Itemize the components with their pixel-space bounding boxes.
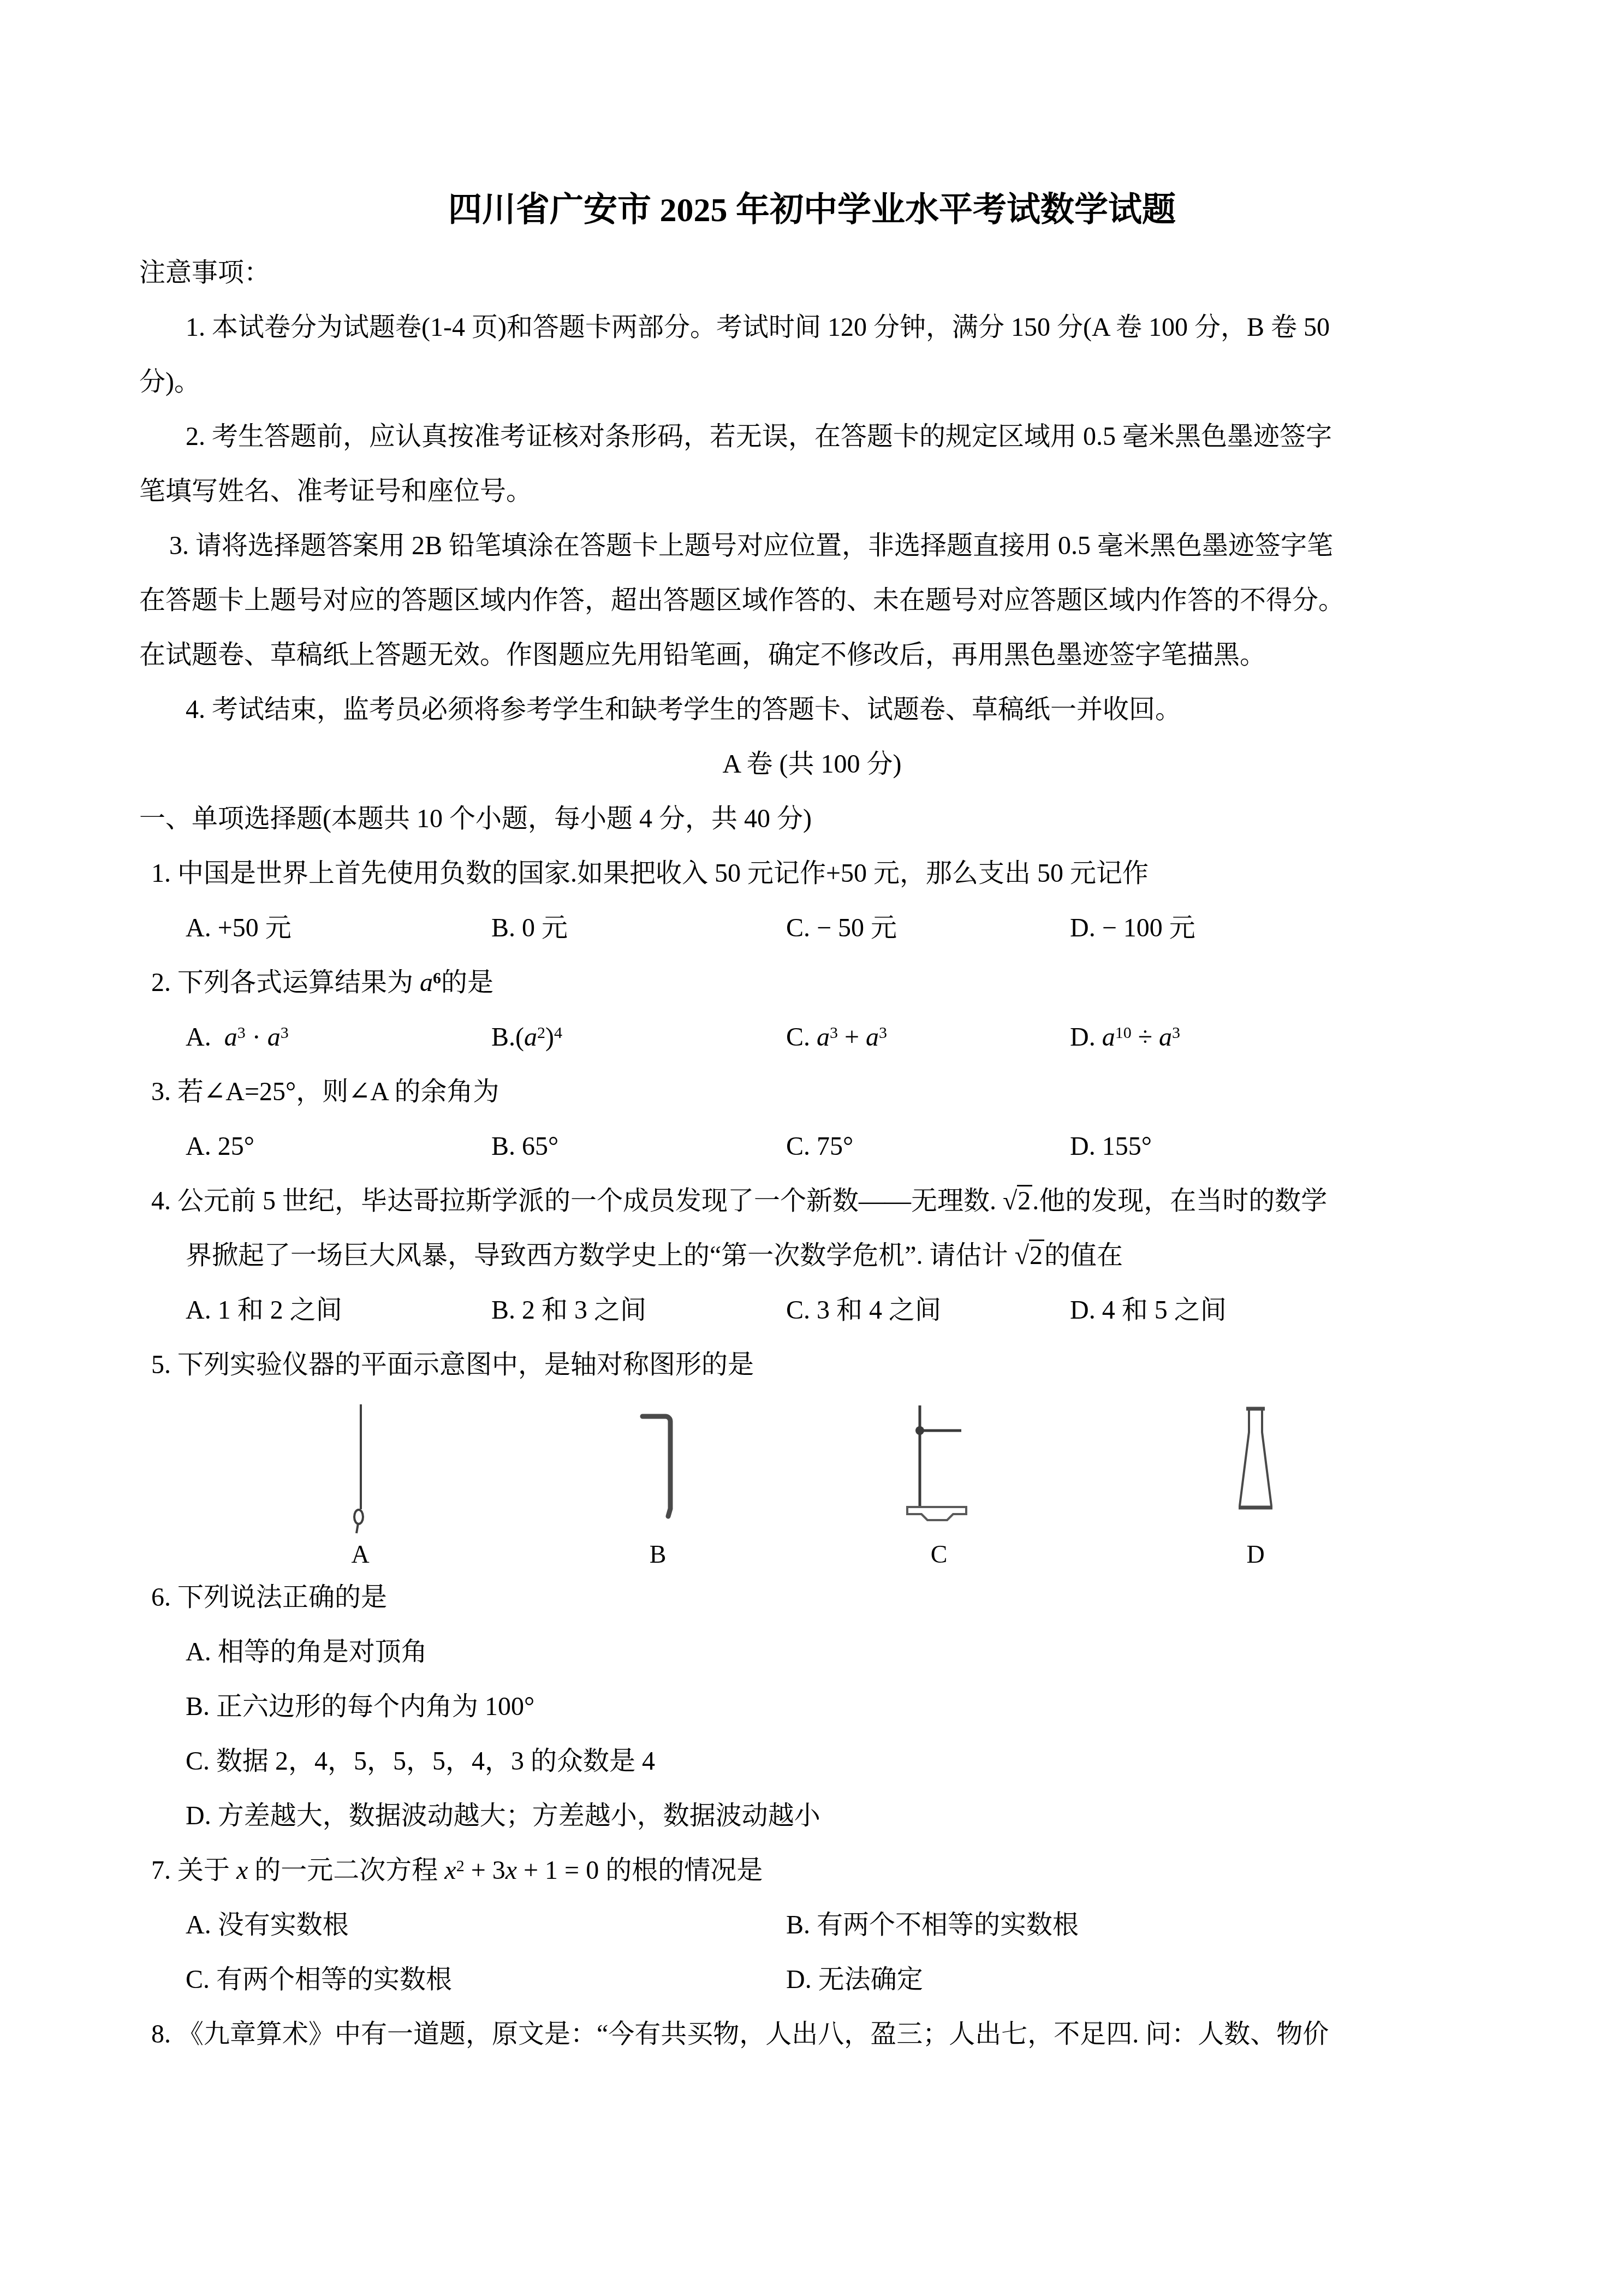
notice-line-2: 分)。 [139, 355, 1485, 410]
q4-option-c: C. 3 和 4 之间 [786, 1283, 1070, 1338]
conical-flask-icon [1228, 1402, 1283, 1539]
q4-option-d: D. 4 和 5 之间 [1070, 1283, 1485, 1338]
question-7-stem: 7. 关于 x 的一元二次方程 x2 + 3x + 1 = 0 的根的情况是 [139, 1843, 1485, 1898]
notice-line-6: 在答题卡上题号对应的答题区域内作答，超出答题区域作答的、未在题号对应答题区域内作… [139, 573, 1485, 628]
question-4-stem-line2: 界掀起了一场巨大风暴，导致西方数学史上的“第一次数学危机”. 请估计 √2的值在 [139, 1229, 1485, 1283]
q7-option-d: D. 无法确定 [786, 1953, 1485, 2007]
q7-option-a: A. 没有实数根 [186, 1898, 786, 1953]
question-5-figures: A B C [139, 1397, 1485, 1570]
iron-support-stand-icon [903, 1402, 974, 1539]
notice-line-4: 笔填写姓名、准考证号和座位号。 [139, 464, 1485, 519]
q6-option-a: A. 相等的角是对顶角 [139, 1625, 1485, 1680]
figure-option-c: C [879, 1402, 999, 1570]
exam-paper-page: 四川省广安市 2025 年初中学业水平考试数学试题 注意事项： 1. 本试卷分为… [0, 0, 1624, 2296]
q3-option-b: B. 65° [491, 1119, 786, 1174]
question-4-options: A. 1 和 2 之间 B. 2 和 3 之间 C. 3 和 4 之间 D. 4… [139, 1283, 1485, 1338]
question-7-options-row1: A. 没有实数根 B. 有两个不相等的实数根 [139, 1898, 1485, 1953]
question-8-stem: 8. 《九章算术》中有一道题，原文是：“今有共买物，人出八，盈三；人出七，不足四… [139, 2007, 1485, 2062]
q7-option-c: C. 有两个相等的实数根 [186, 1953, 786, 2007]
question-3-stem: 3. 若∠A=25°，则∠A 的余角为 [139, 1065, 1485, 1119]
variable-a: a [420, 968, 433, 997]
q7-option-b: B. 有两个不相等的实数根 [786, 1898, 1485, 1953]
figure-option-d: D [1195, 1402, 1316, 1570]
q3-option-c: C. 75° [786, 1119, 1070, 1174]
question-3-options: A. 25° B. 65° C. 75° D. 155° [139, 1119, 1485, 1174]
q1-option-a: A. +50 元 [186, 901, 491, 956]
q2-option-a: A. a3 · a3 [186, 1010, 491, 1065]
notice-heading: 注意事项： [139, 246, 1485, 300]
q4-option-b: B. 2 和 3 之间 [491, 1283, 786, 1338]
q1-option-d: D. − 100 元 [1070, 901, 1485, 956]
sqrt-2-radical: √2 [1015, 1239, 1044, 1270]
q2-option-d: D. a10 ÷ a3 [1070, 1010, 1485, 1065]
q3-option-a: A. 25° [186, 1119, 491, 1174]
figure-option-b: B [598, 1402, 718, 1570]
notice-line-5: 3. 请将选择题答案用 2B 铅笔填涂在答题卡上题号对应位置，非选择题直接用 0… [139, 519, 1485, 573]
q2-option-c: C. a3 + a3 [786, 1010, 1070, 1065]
q6-option-d: D. 方差越大，数据波动越大；方差越小，数据波动越小 [139, 1789, 1485, 1843]
bent-glass-rod-icon [636, 1402, 680, 1539]
q2-option-b: B.(a2)4 [491, 1010, 786, 1065]
page-title: 四川省广安市 2025 年初中学业水平考试数学试题 [139, 180, 1485, 240]
figure-label-b: B [650, 1539, 667, 1570]
question-1-stem: 1. 中国是世界上首先使用负数的国家.如果把收入 50 元记作+50 元，那么支… [139, 846, 1485, 901]
question-7-options-row2: C. 有两个相等的实数根 D. 无法确定 [139, 1953, 1485, 2007]
figure-label-d: D [1246, 1539, 1264, 1570]
q6-option-c: C. 数据 2，4，5，5，5，4，3 的众数是 4 [139, 1734, 1485, 1789]
q6-option-b: B. 正六边形的每个内角为 100° [139, 1680, 1485, 1734]
question-4-stem-line1: 4. 公元前 5 世纪，毕达哥拉斯学派的一个成员发现了一个新数——无理数. √2… [139, 1174, 1485, 1229]
question-1-options: A. +50 元 B. 0 元 C. − 50 元 D. − 100 元 [139, 901, 1485, 956]
notice-line-3: 2. 考生答题前，应认真按准考证核对条形码，若无误，在答题卡的规定区域用 0.5… [139, 410, 1485, 464]
part-one-heading: 一、单项选择题(本题共 10 个小题，每小题 4 分，共 40 分) [139, 792, 1485, 846]
notice-line-7: 在试题卷、草稿纸上答题无效。作图题应先用铅笔画，确定不修改后，再用黑色墨迹签字笔… [139, 628, 1485, 683]
q1-option-c: C. − 50 元 [786, 901, 1070, 956]
question-5-stem: 5. 下列实验仪器的平面示意图中，是轴对称图形的是 [139, 1338, 1485, 1392]
figure-label-a: A [351, 1539, 369, 1570]
sqrt-2-radical: √2 [1003, 1185, 1032, 1215]
figure-option-a: A [300, 1402, 420, 1570]
question-2-options: A. a3 · a3 B.(a2)4 C. a3 + a3 D. a10 ÷ a… [139, 1010, 1485, 1065]
variable-x: x [236, 1856, 248, 1885]
notice-line-1: 1. 本试卷分为试题卷(1-4 页)和答题卡两部分。考试时间 120 分钟，满分… [139, 300, 1485, 355]
question-6-stem: 6. 下列说法正确的是 [139, 1570, 1485, 1625]
section-a-heading: A 卷 (共 100 分) [139, 737, 1485, 792]
question-2-stem: 2. 下列各式运算结果为 a6的是 [139, 956, 1485, 1010]
dissecting-needle-icon [344, 1402, 377, 1539]
q4-option-a: A. 1 和 2 之间 [186, 1283, 491, 1338]
q1-option-b: B. 0 元 [491, 901, 786, 956]
figure-label-c: C [931, 1539, 948, 1570]
q3-option-d: D. 155° [1070, 1119, 1485, 1174]
notice-line-8: 4. 考试结束，监考员必须将参考学生和缺考学生的答题卡、试题卷、草稿纸一并收回。 [139, 683, 1485, 737]
